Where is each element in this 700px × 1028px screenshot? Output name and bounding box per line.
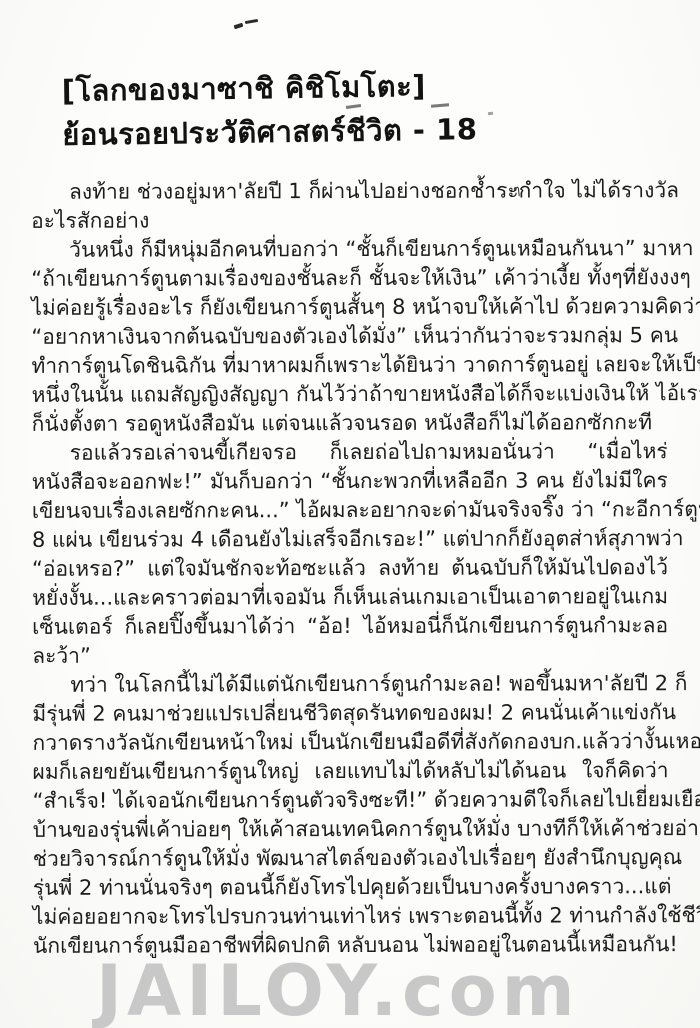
text-line: หยั่งงั้น...และคราวต่อมาที่เจอมัน ก็เห็น… xyxy=(32,582,668,613)
text-line: “อยากหาเงินจากต้นฉบับของตัวเองได้มั่ง” เ… xyxy=(31,321,667,352)
scan-smudge-icon xyxy=(234,23,244,30)
text-line: ไม่ค่อยอยากจะโทรไปรบกวนท่านเท่าไหร่ เพรา… xyxy=(33,901,669,932)
text-line: เขียนจบเรื่องเลยซักกะคน...” ไอ้ผมละอยากจ… xyxy=(32,495,668,526)
text-line: เซ็นเตอร์ ก็เลยปิ๊งขึ้นมาได้ว่า “อ้อ! ไอ… xyxy=(32,611,668,642)
text-line: บ้านของรุ่นพี่เค้าบ่อยๆ ให้เค้าสอนเทคนิค… xyxy=(33,814,669,845)
body-text: ลงท้าย ช่วงอยู่มหา'ลัยปี 1 ก็ผ่านไปอย่าง… xyxy=(31,176,669,961)
text-line: กวาดรางวัลนักเขียนหน้าใหม่ เป็นนักเขียนม… xyxy=(32,727,668,758)
text-line: ละว้า” xyxy=(32,640,668,671)
text-line: หนึ่งในนั้น แถมสัญญิงสัญญา กันไว้ว่าถ้าข… xyxy=(32,379,668,410)
chapter-title: [โลกของมาซาชิ คิชิโมโตะ] xyxy=(61,63,477,113)
chapter-header: [โลกของมาซาชิ คิชิโมโตะ] ย้อนรอยประวัติศ… xyxy=(61,63,477,157)
text-line: ผมก็เลยขยันเขียนการ์ตูนใหญ่ เลยแทบไม่ได้… xyxy=(32,756,668,787)
text-line: ไม่ค่อยรู้เรื่องอะไร ก็ยังเขียนการ์ตูนสั… xyxy=(31,292,667,323)
text-line: ก็นั่งตั้งตา รอดูหนังสือมัน แต่จนแล้วจนร… xyxy=(32,408,668,439)
scanned-book-page: [โลกของมาซาชิ คิชิโมโตะ] ย้อนรอยประวัติศ… xyxy=(0,0,700,1028)
text-line: ช่วยวิจารณ์การ์ตูนให้มั่ง พัฒนาสไตล์ของต… xyxy=(33,843,669,874)
text-line: ทว่า ในโลกนี้ไม่ได้มีแต่นักเขียนการ์ตูนก… xyxy=(32,669,668,700)
paragraph: ทว่า ในโลกนี้ไม่ได้มีแต่นักเขียนการ์ตูนก… xyxy=(32,669,669,961)
text-line: รอแล้วรอเล่าจนขี้เกียจรอ ก็เลยถ่อไปถามหม… xyxy=(32,437,668,468)
text-line: 8 แผ่น เขียนร่วม 4 เดือนยังไม่เสร็จอีกเร… xyxy=(32,524,668,555)
text-line: มีรุ่นพี่ 2 คนมาช่วยแปรเปลี่ยนชีวิตสุดรั… xyxy=(32,698,668,729)
text-line: อะไรสักอย่าง xyxy=(31,205,667,236)
pencil-dot-icon xyxy=(488,112,493,115)
scan-smudge-icon xyxy=(245,19,258,24)
paragraph: วันหนึ่ง ก็มีหนุ่มอีกคนที่บอกว่า “ชั้นก็… xyxy=(31,234,668,439)
text-line: “ถ้าเขียนการ์ตูนตามเรื่องของชั้นละก็ ชั้… xyxy=(31,263,667,294)
text-line: หนังสือจะออกฟะ!” มันก็บอกว่า “ชั้นกะพวกท… xyxy=(32,466,668,497)
text-line: ทำการ์ตูนโดชินฉิกัน ที่มาหาผมก็เพราะได้ย… xyxy=(31,350,667,381)
text-line: รุ่นพี่ 2 ท่านนั่นจริงๆ ตอนนี้ก็ยังโทรไป… xyxy=(33,872,669,903)
paragraph: ลงท้าย ช่วงอยู่มหา'ลัยปี 1 ก็ผ่านไปอย่าง… xyxy=(31,176,667,236)
paragraph: รอแล้วรอเล่าจนขี้เกียจรอ ก็เลยถ่อไปถามหม… xyxy=(32,437,669,671)
text-line: “อ่อเหรอ?” แต่ใจมันชักจะท้อซะแล้ว ลงท้าย… xyxy=(32,553,668,584)
text-line: “สำเร็จ! ได้เจอนักเขียนการ์ตูนตัวจริงซะท… xyxy=(33,785,669,816)
chapter-subtitle: ย้อนรอยประวัติศาสตร์ชีวิต - 18 xyxy=(62,107,478,157)
text-line: ลงท้าย ช่วงอยู่มหา'ลัยปี 1 ก็ผ่านไปอย่าง… xyxy=(31,176,667,207)
text-line: วันหนึ่ง ก็มีหนุ่มอีกคนที่บอกว่า “ชั้นก็… xyxy=(31,234,667,265)
watermark: JAILOY.com xyxy=(96,950,580,1028)
